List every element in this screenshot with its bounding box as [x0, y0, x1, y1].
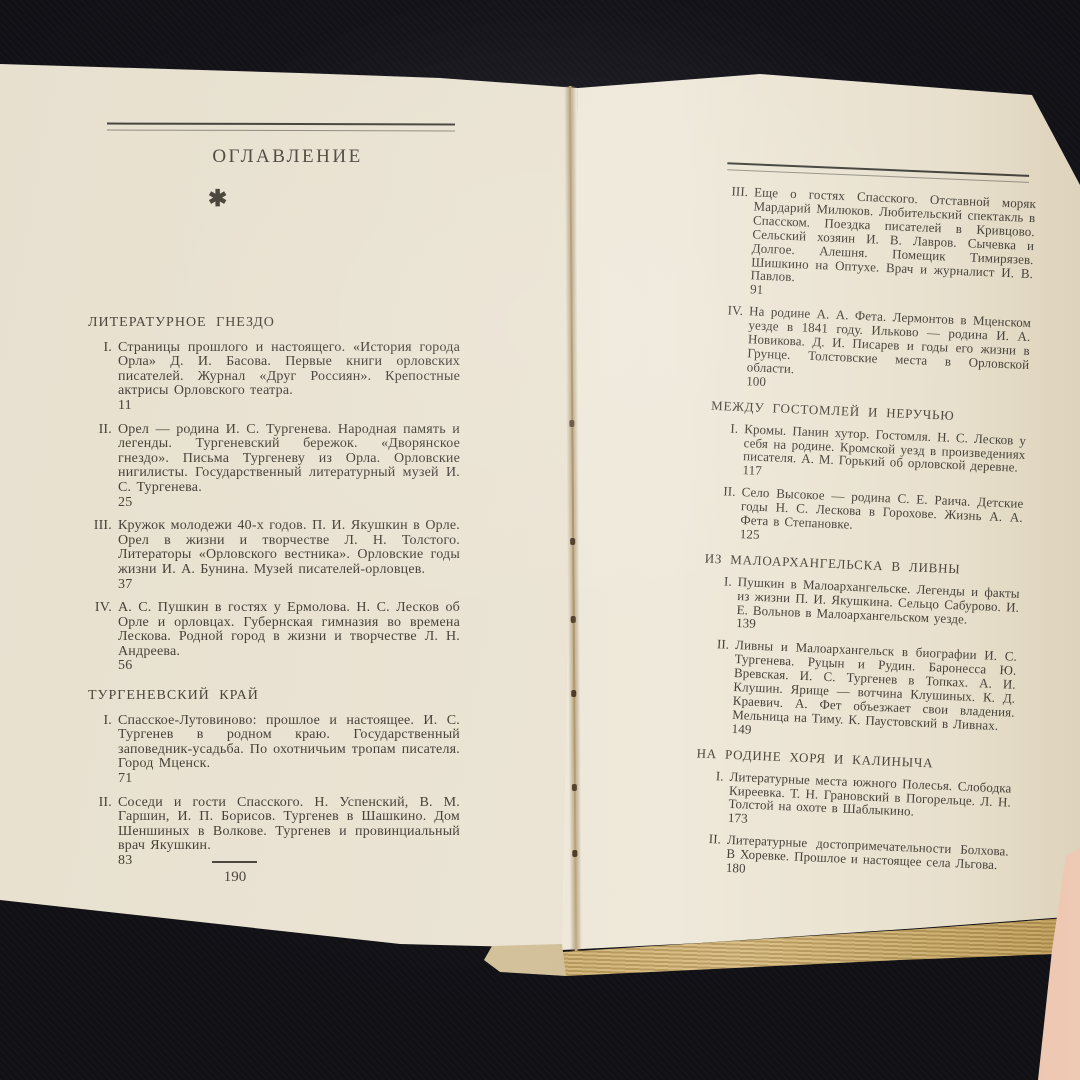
- item-numeral: I.: [82, 341, 112, 356]
- toc-title: ОГЛАВЛЕНИЕ: [180, 146, 395, 168]
- item-text: Ливны и Малоархангельск в биографии И. С…: [732, 638, 1017, 733]
- item-numeral: I.: [691, 768, 724, 783]
- folio-rule: [212, 861, 257, 863]
- asterisk-ornament: ✱: [208, 186, 227, 212]
- item-numeral: IV.: [82, 601, 112, 616]
- toc-item: I. Страницы прошлого и настоящего. «Исто…: [88, 341, 460, 414]
- item-text: Еще о гостях Спасского. Отставной моряк …: [750, 185, 1036, 294]
- toc-item: I. Пушкин в Малоархангельске. Легенды и …: [702, 573, 1020, 642]
- item-numeral: II.: [697, 637, 730, 652]
- item-page-number: 83: [118, 854, 460, 869]
- item-page-number: 25: [118, 496, 460, 511]
- toc-item: II. Орел — родина И. С. Тургенева. Народ…: [88, 423, 460, 511]
- item-numeral: IV.: [711, 303, 744, 318]
- item-numeral: I.: [706, 420, 739, 435]
- item-text: А. С. Пушкин в гостях у Ермолова. Н. С. …: [118, 601, 460, 659]
- item-numeral: III.: [82, 519, 112, 534]
- toc-item: II. Литературные достопримечательности Б…: [692, 832, 1009, 887]
- toc-item: I. Литературные места южного Полесья. Сл…: [694, 768, 1012, 837]
- item-numeral: I.: [82, 714, 112, 729]
- item-numeral: II.: [703, 484, 736, 499]
- item-text: Орел — родина И. С. Тургенева. Народная …: [118, 423, 460, 496]
- item-numeral: II.: [689, 831, 722, 846]
- toc-item: IV. На родине А. А. Фета. Лермонтов в Мц…: [712, 303, 1031, 400]
- toc-item: II. Соседи и гости Спасского. Н. Успенск…: [88, 796, 460, 869]
- item-text: На родине А. А. Фета. Лермонтов в Мценск…: [747, 305, 1032, 386]
- item-page-number: 56: [118, 659, 460, 674]
- section-heading: ТУРГЕНЕВСКИЙ КРАЙ: [88, 689, 460, 704]
- item-text: Спасское-Лутовиново: прошлое и настоящее…: [118, 714, 460, 772]
- right-page-top-rule: [727, 162, 1029, 183]
- toc-item: II. Село Высокое — родина С. Е. Раича. Д…: [706, 484, 1024, 553]
- binding-stitches: [570, 538, 575, 545]
- item-page-number: 11: [118, 399, 460, 414]
- item-text: Кружок молодежи 40-х годов. П. И. Якушки…: [118, 519, 460, 577]
- right-page-content: III. Еще о гостях Спасского. Отставной м…: [722, 148, 1054, 162]
- gutter-crease-line: [569, 86, 577, 952]
- item-text: Страницы прошлого и настоящего. «История…: [118, 341, 460, 399]
- toc-item: IV. А. С. Пушкин в гостях у Ермолова. Н.…: [88, 601, 460, 674]
- left-page-folio: 190: [205, 869, 265, 886]
- right-toc: III. Еще о гостях Спасского. Отставной м…: [691, 184, 1036, 895]
- item-numeral: II.: [82, 796, 112, 811]
- toc-item: II. Ливны и Малоархангельск в биографии …: [697, 637, 1017, 747]
- item-numeral: I.: [700, 573, 733, 588]
- item-numeral: III.: [716, 184, 749, 199]
- book-photo-scene: ОГЛАВЛЕНИЕ ✱ ЛИТЕРАТУРНОЕ ГНЕЗДО I. Стра…: [0, 0, 1080, 1080]
- toc-item: I. Кромы. Панин хутор. Гостомля. Н. С. Л…: [708, 420, 1026, 489]
- item-page-number: 37: [118, 578, 460, 593]
- section-heading: ЛИТЕРАТУРНОЕ ГНЕЗДО: [88, 316, 460, 331]
- item-numeral: II.: [82, 423, 112, 438]
- toc-item: III. Еще о гостях Спасского. Отставной м…: [716, 184, 1036, 308]
- left-page-top-rule: [107, 123, 455, 132]
- left-toc: ЛИТЕРАТУРНОЕ ГНЕЗДО I. Страницы прошлого…: [88, 316, 460, 878]
- toc-item: III. Кружок молодежи 40-х годов. П. И. Я…: [88, 519, 460, 592]
- item-text: Соседи и гости Спасского. Н. Успенский, …: [118, 796, 460, 854]
- toc-item: I. Спасское-Лутовиново: прошлое и настоя…: [88, 714, 460, 787]
- item-page-number: 71: [118, 772, 460, 787]
